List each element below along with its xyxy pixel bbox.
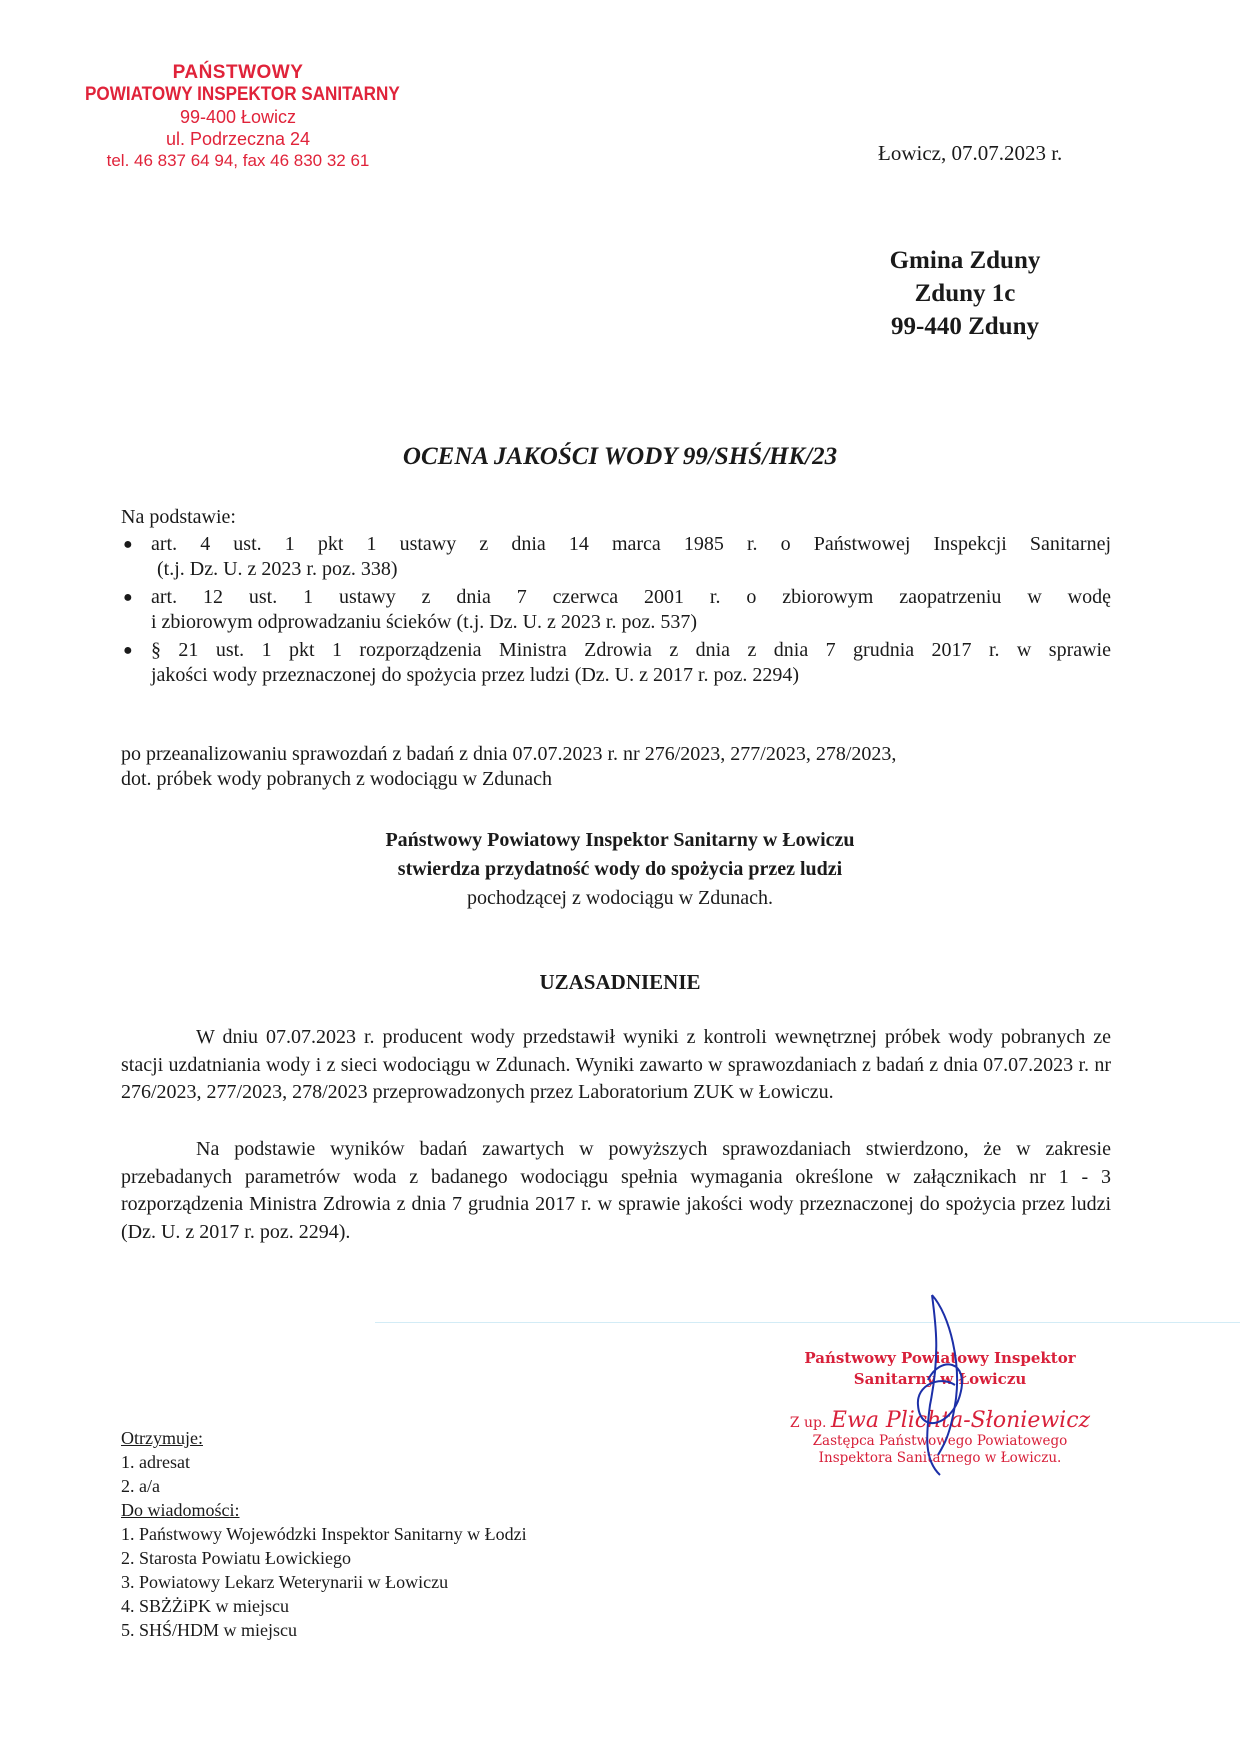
sender-contact: tel. 46 837 64 94, fax 46 830 32 61 [68, 150, 408, 172]
analysis-line1: po przeanalizowaniu sprawozdań z badań z… [121, 742, 1111, 767]
legal-basis-item: ● art. 4 ust. 1 pkt 1 ustawy z dnia 14 m… [121, 532, 1111, 582]
cc-item: 3. Powiatowy Lekarz Weterynarii w Łowicz… [121, 1570, 527, 1594]
handwritten-signature-icon [900, 1285, 1010, 1485]
addressee-city: 99-440 Zduny [830, 310, 1100, 343]
decision-authority: Państwowy Powiatowy Inspektor Sanitarny … [0, 826, 1240, 855]
analysis-paragraph: po przeanalizowaniu sprawozdań z badań z… [121, 742, 1111, 792]
legal-basis-item-line2: jakości wody przeznaczonej do spożycia p… [151, 663, 1111, 688]
legal-basis-item-line2: (t.j. Dz. U. z 2023 r. poz. 338) [151, 557, 1111, 582]
cc-heading: Do wiadomości: [121, 1498, 527, 1522]
justification-paragraph-1: W dniu 07.07.2023 r. producent wody prze… [121, 1024, 1111, 1107]
legal-basis-item-line1: art. 4 ust. 1 pkt 1 ustawy z dnia 14 mar… [151, 532, 1111, 557]
justification-paragraph-2: Na podstawie wyników badań zawartych w p… [121, 1136, 1111, 1246]
recipient-item: 2. a/a [121, 1474, 527, 1498]
justification-paragraph-2-text: Na podstawie wyników badań zawartych w p… [121, 1138, 1111, 1243]
legal-basis-list: ● art. 4 ust. 1 pkt 1 ustawy z dnia 14 m… [121, 532, 1111, 691]
decision-source: pochodzącej z wodociągu w Zdunach. [0, 884, 1240, 913]
bullet-icon: ● [123, 585, 133, 610]
decision-block: Państwowy Powiatowy Inspektor Sanitarny … [0, 826, 1240, 913]
addressee-block: Gmina Zduny Zduny 1c 99-440 Zduny [830, 244, 1100, 343]
cc-item: 5. SHŚ/HDM w miejscu [121, 1618, 527, 1642]
legal-basis-item-line2: i zbiorowym odprowadzaniu ścieków (t.j. … [151, 610, 1111, 635]
cc-item: 1. Państwowy Wojewódzki Inspektor Sanita… [121, 1522, 527, 1546]
justification-heading: UZASADNIENIE [0, 970, 1240, 995]
document-title: OCENA JAKOŚCI WODY 99/SHŚ/HK/23 [0, 443, 1240, 471]
addressee-street: Zduny 1c [830, 277, 1100, 310]
sender-stamp-line1: PAŃSTWOWY [68, 62, 408, 84]
cc-item: 2. Starosta Powiatu Łowickiego [121, 1546, 527, 1570]
document-date: Łowicz, 07.07.2023 r. [878, 141, 1062, 166]
recipient-item: 1. adresat [121, 1450, 527, 1474]
addressee-name: Gmina Zduny [830, 244, 1100, 277]
legal-basis-item-line1: § 21 ust. 1 pkt 1 rozporządzenia Ministr… [151, 638, 1111, 663]
recipients-heading: Otrzymuje: [121, 1426, 527, 1450]
sender-city: 99-400 Łowicz [68, 106, 408, 128]
sender-street: ul. Podrzeczna 24 [68, 128, 408, 150]
distribution-list: Otrzymuje: 1. adresat 2. a/a Do wiadomoś… [121, 1426, 527, 1642]
cc-item: 4. SBŻŻiPK w miejscu [121, 1594, 527, 1618]
legal-basis-item: ● art. 12 ust. 1 ustawy z dnia 7 czerwca… [121, 585, 1111, 635]
decision-statement: stwierdza przydatność wody do spożycia p… [0, 855, 1240, 884]
justification-paragraph-1-text: W dniu 07.07.2023 r. producent wody prze… [121, 1026, 1111, 1103]
legal-basis-intro: Na podstawie: [121, 505, 236, 530]
analysis-line2: dot. próbek wody pobranych z wodociągu w… [121, 767, 1111, 792]
scan-artifact-line [375, 1322, 1240, 1323]
sender-stamp-line2: POWIATOWY INSPEKTOR SANITARNY [85, 84, 391, 106]
legal-basis-item-line1: art. 12 ust. 1 ustawy z dnia 7 czerwca 2… [151, 585, 1111, 610]
sender-stamp: PAŃSTWOWY POWIATOWY INSPEKTOR SANITARNY … [68, 62, 408, 172]
signatory-prefix: Z up. [790, 1415, 827, 1431]
legal-basis-item: ● § 21 ust. 1 pkt 1 rozporządzenia Minis… [121, 638, 1111, 688]
bullet-icon: ● [123, 638, 133, 663]
bullet-icon: ● [123, 532, 133, 557]
